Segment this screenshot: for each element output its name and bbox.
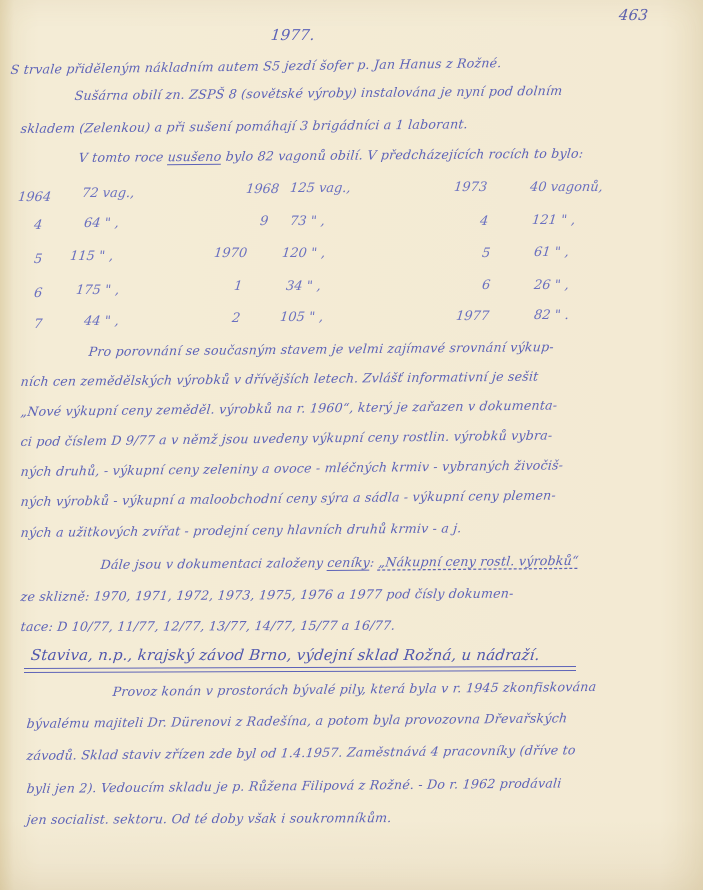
table-value: 175 " , — [75, 283, 120, 298]
staviva-line-5: jen socialist. sektoru. Od té doby však … — [26, 810, 392, 827]
table-value: 82 " . — [533, 308, 569, 323]
table-value: 72 vag., — [81, 186, 135, 201]
dried-grain-text-before: V tomto roce — [78, 149, 169, 165]
comparison-line-7: ných a užitkových zvířat - prodejní ceny… — [20, 520, 462, 540]
table-value: 105 " , — [279, 310, 324, 325]
table-year: 6 — [481, 278, 491, 293]
table-year: 7 — [33, 317, 43, 332]
staviva-line-3: závodů. Sklad staviv zřízen zde byl od 1… — [26, 742, 576, 763]
documentation-dashed-title: „Nákupní ceny rostl. výrobků“ — [378, 553, 579, 570]
table-value: 61 " , — [533, 245, 569, 260]
table-year: 9 — [259, 214, 269, 229]
table-value: 121 " , — [531, 213, 576, 228]
table-value: 26 " , — [533, 278, 569, 293]
year-heading: 1977. — [270, 26, 316, 44]
table-year: 2 — [231, 311, 241, 326]
comparison-line-6: ných výrobků - výkupní a maloobchodní ce… — [20, 487, 557, 509]
table-value: 125 vag., — [289, 181, 351, 196]
paragraph-dried-grain: V tomto roce usušeno bylo 82 vagonů obil… — [78, 146, 584, 165]
paragraph-truck-driver: S trvale přiděleným nákladním autem S5 j… — [10, 55, 502, 77]
table-year: 1977 — [455, 309, 490, 324]
heading-underline-1 — [24, 666, 576, 669]
comparison-line-1: Pro porovnání se současným stavem je vel… — [88, 339, 555, 359]
comparison-line-5: ných druhů, - výkupní ceny zeleniny a ov… — [20, 457, 564, 479]
paragraph-dryer-line-1: Sušárna obilí zn. ZSPŠ 8 (sovětské výrob… — [74, 83, 563, 103]
table-year: 4 — [479, 214, 489, 229]
staviva-line-4: byli jen 2). Vedoucím skladu je p. Růžen… — [26, 775, 562, 796]
dried-grain-underlined-word: usušeno — [167, 149, 222, 164]
table-year: 6 — [33, 286, 43, 301]
documentation-text-before: Dále jsou v dokumentaci založeny — [100, 555, 328, 572]
chronicle-page: 463 1977. S trvale přiděleným nákladním … — [0, 0, 703, 890]
documentation-line-2: ze sklizně: 1970, 1971, 1972, 1973, 1975… — [20, 586, 514, 604]
table-year: 1968 — [245, 182, 280, 197]
table-value: 44 " , — [83, 314, 119, 329]
table-year: 5 — [33, 252, 43, 267]
section-heading: Staviva, n.p., krajský závod Brno, výdej… — [30, 646, 541, 664]
comparison-line-2: ních cen zemědělských výrobků v dřívější… — [20, 369, 539, 389]
paragraph-dryer-line-2: skladem (Zelenkou) a při sušení pomáhají… — [20, 116, 469, 136]
table-value: 34 " , — [285, 279, 321, 294]
heading-underline-2 — [24, 670, 576, 673]
table-year: 1973 — [453, 180, 488, 195]
documentation-underlined-word: ceníky — [327, 555, 371, 570]
page-number: 463 — [618, 6, 649, 24]
dried-grain-text-after: bylo 82 vagonů obilí. V předcházejících … — [221, 146, 584, 164]
table-value: 115 " , — [69, 249, 114, 264]
documentation-line-1: Dále jsou v dokumentaci založeny ceníky:… — [100, 553, 579, 572]
table-year: 1964 — [17, 190, 52, 205]
comparison-line-4: ci pod číslem D 9/77 a v němž jsou uvede… — [20, 428, 553, 449]
table-value: 64 " , — [83, 216, 119, 231]
comparison-line-3: „Nové výkupní ceny zeměděl. výrobků na r… — [20, 397, 558, 419]
table-year: 1 — [233, 279, 243, 294]
table-value: 73 " , — [289, 214, 325, 229]
staviva-line-2: bývalému majiteli Dr. Dürenovi z Radešín… — [26, 710, 568, 731]
documentation-line-3: tace: D 10/77, 11/77, 12/77, 13/77, 14/7… — [20, 618, 396, 634]
table-value: 120 " , — [281, 246, 326, 261]
table-year: 5 — [481, 246, 491, 261]
staviva-line-1: Provoz konán v prostorách bývalé pily, k… — [112, 679, 597, 699]
table-value: 40 vagonů, — [529, 180, 603, 195]
table-year: 1970 — [213, 246, 248, 261]
table-year: 4 — [33, 218, 43, 233]
